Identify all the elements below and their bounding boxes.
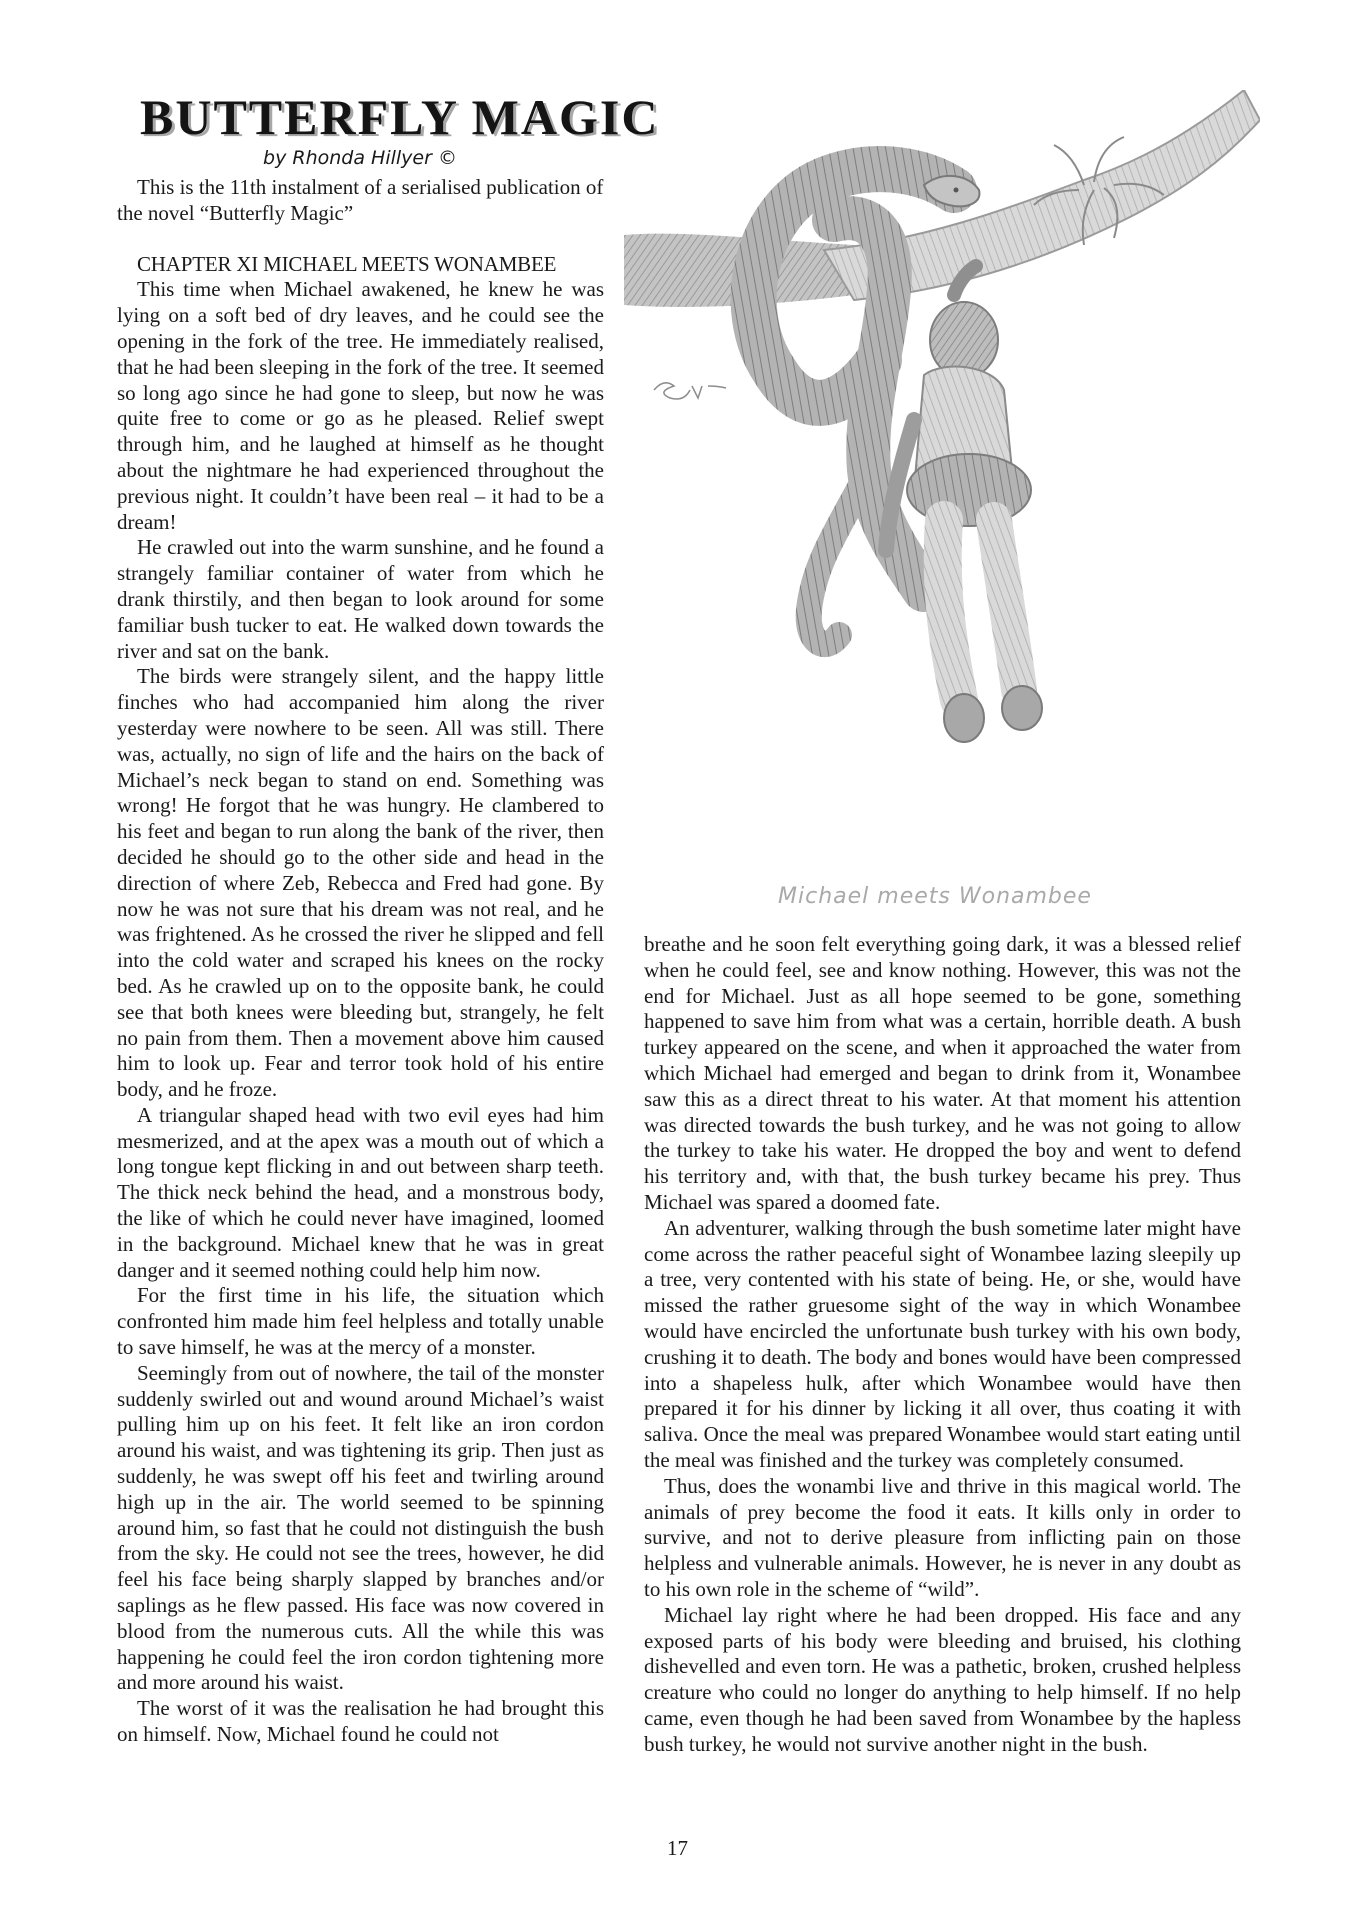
article-title: BUTTERFLY MAGIC xyxy=(140,88,580,146)
body-paragraph: This time when Michael awakened, he knew… xyxy=(117,277,604,535)
illustration-caption: Michael meets Wonambee xyxy=(700,884,1170,909)
continued-paragraph: breathe and he soon felt everything goin… xyxy=(644,932,1241,1216)
boy-figure xyxy=(886,266,1042,742)
body-paragraph: Thus, does the wonambi live and thrive i… xyxy=(644,1474,1241,1603)
page-number: 17 xyxy=(667,1836,688,1860)
body-paragraph: A triangular shaped head with two evil e… xyxy=(117,1103,604,1284)
body-paragraph: Seemingly from out of nowhere, the tail … xyxy=(117,1361,604,1696)
body-paragraph: An adventurer, walking through the bush … xyxy=(644,1216,1241,1474)
magazine-page: BUTTERFLY MAGIC by Rhonda Hillyer © This… xyxy=(0,0,1358,1920)
body-paragraph: The worst of it was the realisation he h… xyxy=(117,1696,604,1748)
left-column: This is the 11th instalment of a seriali… xyxy=(117,175,604,1748)
author-byline: by Rhonda Hillyer © xyxy=(140,146,580,170)
snake-tail xyxy=(809,470,869,644)
body-paragraph: For the first time in his life, the situ… xyxy=(117,1283,604,1360)
artist-signature xyxy=(654,383,726,399)
intro-paragraph: This is the 11th instalment of a seriali… xyxy=(117,175,604,227)
snake-boy-illustration xyxy=(624,90,1260,870)
chapter-heading: CHAPTER XI MICHAEL MEETS WONAMBEE xyxy=(117,252,604,278)
body-paragraph: The birds were strangely silent, and the… xyxy=(117,664,604,1103)
body-paragraph: He crawled out into the warm sunshine, a… xyxy=(117,535,604,664)
pencil-sketch-image xyxy=(624,90,1260,870)
right-column: breathe and he soon felt everything goin… xyxy=(644,932,1241,1758)
body-paragraph: Michael lay right where he had been drop… xyxy=(644,1603,1241,1758)
